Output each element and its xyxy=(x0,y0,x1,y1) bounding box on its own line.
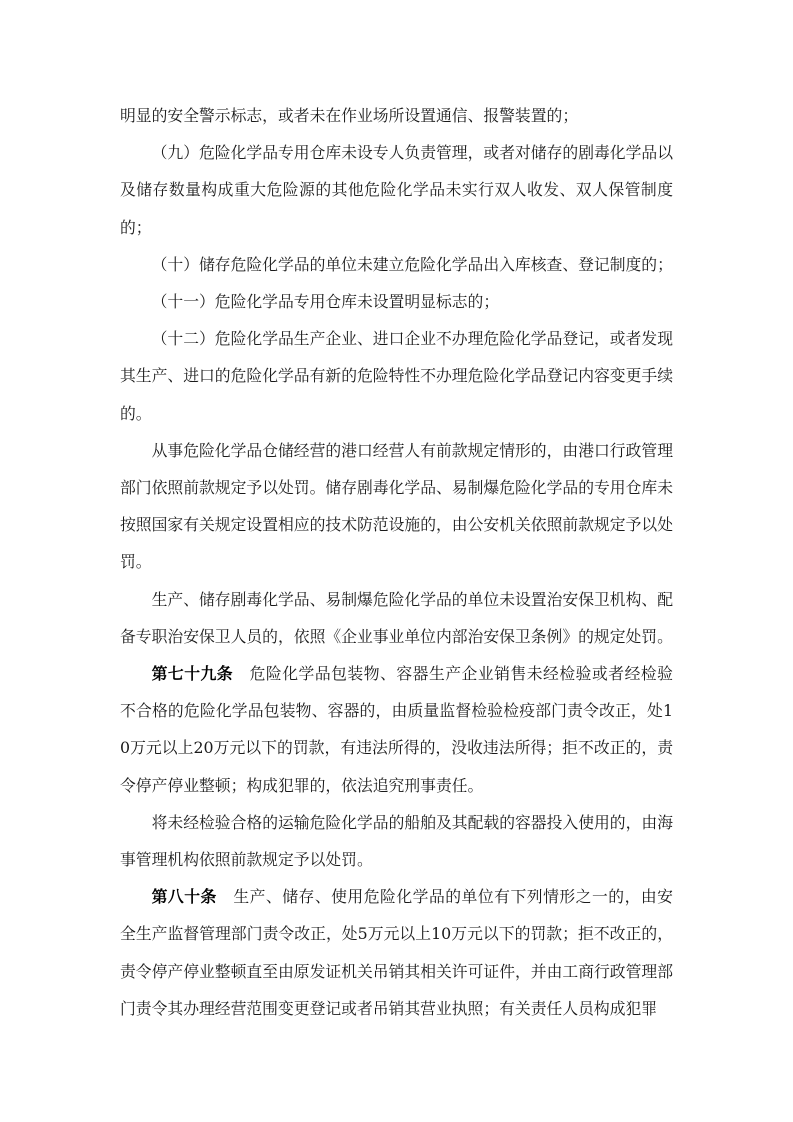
article-79: 第七十九条危险化学品包装物、容器生产企业销售未经检验或者经检验不合格的危险化学品… xyxy=(120,655,673,804)
paragraph-text: 生产、储存剧毒化学品、易制爆危险化学品的单位未设置治安保卫机构、配备专职治安保卫… xyxy=(120,590,673,646)
document-body: 明显的安全警示标志，或者未在作业场所设置通信、报警装置的； （九）危险化学品专用… xyxy=(120,97,673,1027)
list-item-11: （十一）危险化学品专用仓库未设置明显标志的； xyxy=(120,283,673,320)
paragraph-text: （十二）危险化学品生产企业、进口企业不办理危险化学品登记，或者发现其生产、进口的… xyxy=(120,329,673,422)
document-page: 明显的安全警示标志，或者未在作业场所设置通信、报警装置的； （九）危险化学品专用… xyxy=(0,0,793,1122)
paragraph-ships-containers: 将未经检验合格的运输危险化学品的船舶及其配载的容器投入使用的，由海事管理机构依照… xyxy=(120,804,673,878)
paragraph-text: 明显的安全警示标志，或者未在作业场所设置通信、报警装置的； xyxy=(120,106,578,125)
article-heading: 第八十条 xyxy=(152,887,217,906)
paragraph-text: （九）危险化学品专用仓库未设专人负责管理，或者对储存的剧毒化学品以及储存数量构成… xyxy=(120,143,673,236)
paragraph-text: 将未经检验合格的运输危险化学品的船舶及其配载的容器投入使用的，由海事管理机构依照… xyxy=(120,813,673,869)
list-item-12: （十二）危险化学品生产企业、进口企业不办理危险化学品登记，或者发现其生产、进口的… xyxy=(120,320,673,432)
article-heading: 第七十九条 xyxy=(152,664,234,683)
paragraph-text: （十）储存危险化学品的单位未建立危险化学品出入库核查、登记制度的； xyxy=(152,255,673,274)
paragraph-text: 从事危险化学品仓储经营的港口经营人有前款规定情形的，由港口行政管理部门依照前款规… xyxy=(120,441,673,572)
paragraph-text: 危险化学品包装物、容器生产企业销售未经检验或者经检验不合格的危险化学品包装物、容… xyxy=(120,664,673,795)
paragraph-continuation: 明显的安全警示标志，或者未在作业场所设置通信、报警装置的； xyxy=(120,97,673,134)
paragraph-text: （十一）危险化学品专用仓库未设置明显标志的； xyxy=(152,292,500,311)
paragraph-security-staff: 生产、储存剧毒化学品、易制爆危险化学品的单位未设置治安保卫机构、配备专职治安保卫… xyxy=(120,581,673,655)
paragraph-text: 生产、储存、使用危险化学品的单位有下列情形之一的，由安全生产监督管理部门责令改正… xyxy=(120,887,673,1018)
list-item-9: （九）危险化学品专用仓库未设专人负责管理，或者对储存的剧毒化学品以及储存数量构成… xyxy=(120,134,673,246)
article-80: 第八十条生产、储存、使用危险化学品的单位有下列情形之一的，由安全生产监督管理部门… xyxy=(120,878,673,1027)
paragraph-port-operator: 从事危险化学品仓储经营的港口经营人有前款规定情形的，由港口行政管理部门依照前款规… xyxy=(120,432,673,581)
list-item-10: （十）储存危险化学品的单位未建立危险化学品出入库核查、登记制度的； xyxy=(120,246,673,283)
